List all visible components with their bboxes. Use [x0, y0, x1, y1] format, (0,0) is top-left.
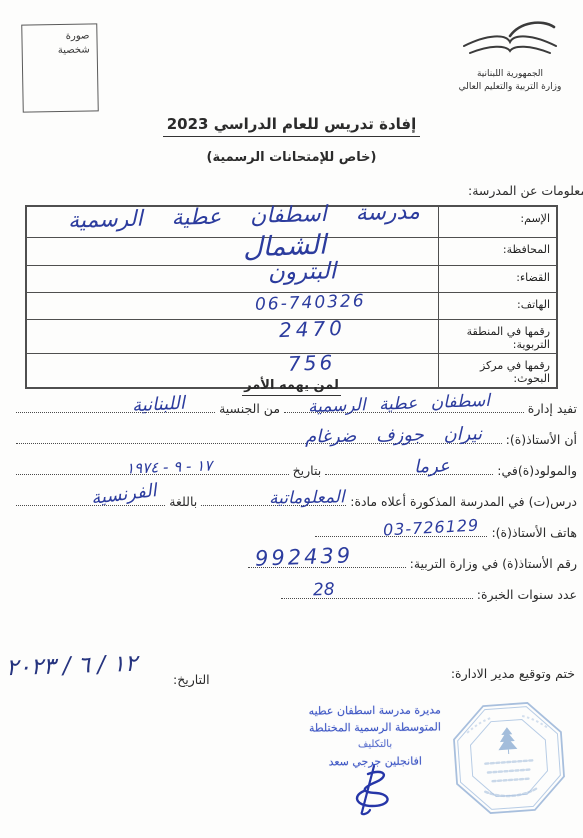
handwritten-subject: المعلوماتية	[268, 487, 344, 508]
line-label: عدد سنوات الخبرة:	[477, 587, 577, 602]
ministry-name-line1: الجمهورية اللبنانية	[443, 68, 577, 81]
stamp-signature-label: ختم وتوقيع مدير الادارة:	[451, 666, 575, 681]
dotted-line: 03-726129	[315, 530, 487, 537]
official-octagon-seal	[441, 694, 577, 823]
line-label: تفيد إدارة	[528, 401, 577, 416]
line-label: بتاريخ	[293, 463, 322, 478]
letter-line-subject: درس(ت) في المدرسة المذكورة أعلاه مادة: ا…	[12, 481, 577, 512]
handwritten-nationality: اللبنانية	[132, 393, 186, 417]
letter-line-experience: عدد سنوات الخبرة: 28	[12, 574, 577, 605]
row-label: المحافظة:	[438, 238, 556, 265]
letter-line-teacher-name: أن الأستاذ(ة): نيران جوزف ضرغام	[12, 419, 577, 450]
handwritten-school-name: مدرسة اسطفان عطية الرسمية	[68, 199, 420, 233]
letter-line-birth: والمولود(ة)في: عرما بتاريخ ١٩٧٤ - ٩ - ١٧	[12, 450, 577, 481]
handwritten-date: ٢٠٢٣ / ٦ / ١٢	[6, 651, 138, 682]
document-title: إفادة تدريس للعام الدراسي 2023	[163, 115, 421, 137]
row-label: الهاتف:	[438, 293, 556, 319]
line-label: والمولود(ة)في:	[497, 463, 577, 478]
line-label: أن الأستاذ(ة):	[506, 432, 577, 447]
line-label: رقم الأستاذ(ة) في وزارة التربية:	[410, 556, 577, 571]
director-signature	[338, 764, 400, 816]
handwritten-teacher-name: نيران جوزف ضرغام	[305, 423, 482, 447]
letter-line-ministry-number: رقم الأستاذ(ة) في وزارة التربية: 992439	[12, 543, 577, 574]
dotted-line: الفرنسية	[16, 499, 165, 506]
handwritten-birthplace: عرما	[413, 455, 450, 477]
dotted-line: نيران جوزف ضرغام	[16, 437, 502, 444]
dotted-line: اللبنانية	[16, 406, 215, 413]
handwritten-ministry-number: 992439	[255, 543, 354, 570]
school-info-table: الإسم: مدرسة اسطفان عطية الرسمية المحافظ…	[25, 205, 558, 389]
open-book-icon	[450, 18, 570, 68]
letter-line-teacher-phone: هاتف الأستاذ(ة): 03-726129	[12, 512, 577, 543]
director-stamp-text: مديرة مدرسة اسطفان عطيه المتوسطة الرسمية…	[295, 701, 456, 770]
row-label: رقمها في المنطقة التربوية:	[438, 320, 556, 353]
ministry-name-line2: وزارة التربية والتعليم العالي	[443, 81, 577, 94]
cedar-icon	[498, 728, 517, 755]
handwritten-research-number: 756	[287, 350, 335, 376]
dotted-line: المعلوماتية	[201, 499, 346, 506]
photo-box-label-line2: شخصية	[30, 43, 90, 58]
row-label: القضاء:	[438, 266, 556, 292]
stamp-text-line2: المتوسطة الرسمية المختلطة	[295, 718, 455, 736]
stamp-text-line3: بالتكليف	[295, 735, 455, 753]
handwritten-district: البترون	[268, 258, 336, 285]
handwritten-school-phone: 06-740326	[255, 291, 366, 315]
handwritten-birthdate: ١٩٧٤ - ٩ - ١٧	[126, 456, 213, 477]
dotted-line: 28	[281, 592, 473, 599]
date-label: التاريخ:	[173, 672, 210, 687]
personal-photo-box: صورة شخصية	[21, 23, 99, 112]
table-row: الهاتف: 06-740326	[27, 292, 556, 319]
handwritten-experience-years: 28	[313, 580, 335, 601]
line-label: من الجنسية	[219, 401, 280, 416]
ministry-logo: الجمهورية اللبنانية وزارة التربية والتعل…	[443, 18, 577, 94]
document-subtitle: (خاص للإمتحانات الرسمية)	[207, 150, 377, 165]
line-label: باللغة	[169, 494, 197, 509]
letter-line-administration: تفيد إدارة اسطفان عطية الرسمية من الجنسي…	[12, 388, 577, 419]
dotted-line: عرما	[325, 468, 493, 475]
photo-box-label-line1: صورة	[29, 29, 89, 44]
table-row: رقمها في المنطقة التربوية: 2470	[27, 319, 556, 353]
dotted-line: 992439	[248, 561, 406, 568]
handwritten-language: الفرنسية	[90, 480, 158, 509]
handwritten-zone-number: 2470	[279, 316, 347, 342]
row-label: الإسم:	[438, 207, 556, 237]
handwritten-teacher-phone: 03-726129	[383, 515, 480, 539]
dotted-line: ١٩٧٤ - ٩ - ١٧	[16, 468, 289, 475]
handwritten-administration-name: اسطفان عطية الرسمية	[308, 391, 491, 417]
dotted-line: اسطفان عطية الرسمية	[284, 406, 524, 413]
stamp-text-line1: مديرة مدرسة اسطفان عطيه	[295, 701, 455, 719]
line-label: هاتف الأستاذ(ة):	[491, 525, 577, 540]
line-label: درس(ت) في المدرسة المذكورة أعلاه مادة:	[350, 494, 577, 509]
scanned-teaching-certificate: صورة شخصية الجمهورية اللبنانية وزارة الت…	[0, 0, 583, 838]
table-row: القضاء: البترون	[27, 265, 556, 292]
letter-body: تفيد إدارة اسطفان عطية الرسمية من الجنسي…	[12, 388, 577, 605]
school-info-heading: معلومات عن المدرسة:	[468, 183, 583, 198]
